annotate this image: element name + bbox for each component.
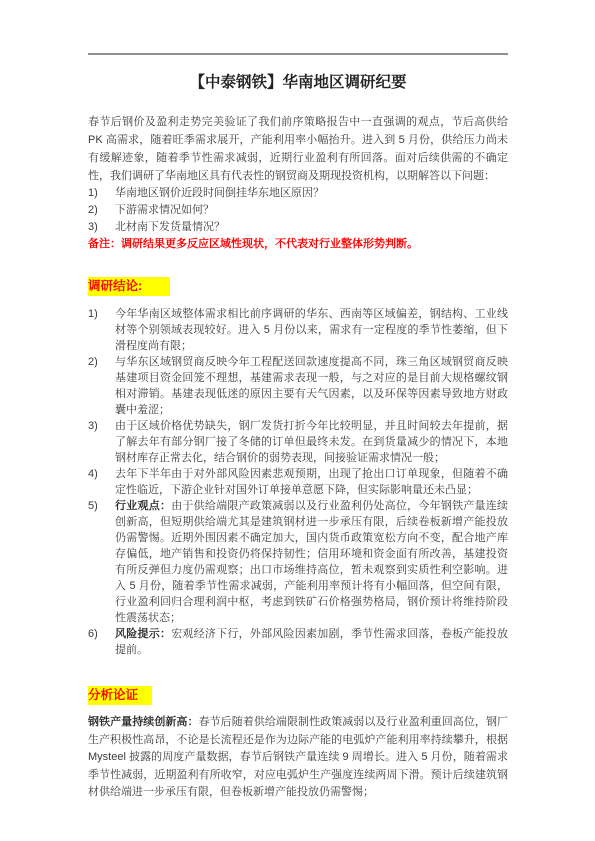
- conclusion-body: 由于区域价格优势缺失，钢厂发货打折今年比较明显，并且时间较去年提前，据了解去年有…: [115, 420, 508, 464]
- conclusion-text: 去年下半年由于对外部风险因素悲观预期，出现了抢出口订单现象，但随着不确定性临近，…: [115, 466, 508, 498]
- question-text: 北材南下发货量情况？: [115, 219, 508, 236]
- conclusion-body: 与华东区域钢贸商反映今年工程配送回款速度提高不同，珠三角区域钢贸商反映基建项目资…: [115, 356, 508, 416]
- conclusion-text: 行业观点：由于供给端限产政策减弱以及行业盈利仍处高位，今年钢铁产量连续创新高，但…: [115, 498, 508, 626]
- conclusion-item-5: 5) 行业观点：由于供给端限产政策减弱以及行业盈利仍处高位，今年钢铁产量连续创新…: [88, 498, 508, 626]
- conclusion-number: 6): [88, 626, 115, 658]
- conclusion-body: 今年华南区域整体需求相比前序调研的华东、西南等区域偏差，钢结构、工业线材等个别领…: [115, 308, 508, 352]
- conclusion-body: 去年下半年由于对外部风险因素悲观预期，出现了抢出口订单现象，但随着不确定性临近，…: [115, 468, 508, 496]
- conclusion-number: 5): [88, 498, 115, 626]
- question-number: 3): [88, 219, 115, 236]
- analysis-heading: 分析论证: [88, 686, 152, 705]
- analysis-body: 春节后随着供给端限制性政策减弱以及行业盈利重回高位，钢厂生产积极性高昂，不论是长…: [88, 716, 508, 798]
- conclusions-heading: 调研结论:: [88, 277, 170, 296]
- conclusion-lead: 风险提示：: [115, 628, 171, 640]
- document-title: 【中泰钢铁】华南地区调研纪要: [88, 71, 508, 94]
- conclusion-number: 1): [88, 306, 115, 354]
- conclusion-item-3: 3) 由于区域价格优势缺失，钢厂发货打折今年比较明显，并且时间较去年提前，据了解…: [88, 418, 508, 466]
- top-divider: [88, 53, 508, 55]
- question-item-1: 1) 华南地区钢价近段时间倒挂华东地区原因？: [88, 185, 508, 202]
- intro-paragraph: 春节后钢价及盈利走势完美验证了我们前序策略报告中一直强调的观点，节后高供给 PK…: [88, 113, 508, 185]
- conclusions-section: 调研结论:: [88, 277, 508, 297]
- conclusion-text: 今年华南区域整体需求相比前序调研的华东、西南等区域偏差，钢结构、工业线材等个别领…: [115, 306, 508, 354]
- conclusion-text: 与华东区域钢贸商反映今年工程配送回款速度提高不同，珠三角区域钢贸商反映基建项目资…: [115, 354, 508, 418]
- conclusions-list: 1) 今年华南区域整体需求相比前序调研的华东、西南等区域偏差，钢结构、工业线材等…: [88, 306, 508, 658]
- analysis-paragraph: 钢铁产量持续创新高：春节后随着供给端限制性政策减弱以及行业盈利重回高位，钢厂生产…: [88, 714, 508, 802]
- question-number: 1): [88, 185, 115, 202]
- conclusion-number: 4): [88, 466, 115, 498]
- question-list: 1) 华南地区钢价近段时间倒挂华东地区原因？ 2) 下游需求情况如何？ 3) 北…: [88, 185, 508, 236]
- document-content: 【中泰钢铁】华南地区调研纪要 春节后钢价及盈利走势完美验证了我们前序策略报告中一…: [0, 53, 595, 802]
- note-text: 备注：调研结果更多反应区域性现状，不代表对行业整体形势判断。: [88, 236, 508, 253]
- question-item-3: 3) 北材南下发货量情况？: [88, 219, 508, 236]
- conclusion-item-2: 2) 与华东区域钢贸商反映今年工程配送回款速度提高不同，珠三角区域钢贸商反映基建…: [88, 354, 508, 418]
- conclusion-text: 由于区域价格优势缺失，钢厂发货打折今年比较明显，并且时间较去年提前，据了解去年有…: [115, 418, 508, 466]
- conclusion-body: 由于供给端限产政策减弱以及行业盈利仍处高位，今年钢铁产量连续创新高，但短期供给端…: [115, 500, 508, 624]
- question-number: 2): [88, 202, 115, 219]
- analysis-section: 分析论证: [88, 686, 508, 706]
- conclusion-item-1: 1) 今年华南区域整体需求相比前序调研的华东、西南等区域偏差，钢结构、工业线材等…: [88, 306, 508, 354]
- conclusion-item-6: 6) 风险提示：宏观经济下行，外部风险因素加剧，季节性需求回落，卷板产能投放提前…: [88, 626, 508, 658]
- conclusion-number: 3): [88, 418, 115, 466]
- question-text: 华南地区钢价近段时间倒挂华东地区原因？: [115, 185, 508, 202]
- analysis-lead: 钢铁产量持续创新高：: [88, 716, 199, 728]
- conclusion-text: 风险提示：宏观经济下行，外部风险因素加剧，季节性需求回落，卷板产能投放提前。: [115, 626, 508, 658]
- conclusion-number: 2): [88, 354, 115, 418]
- question-text: 下游需求情况如何？: [115, 202, 508, 219]
- conclusion-body: 宏观经济下行，外部风险因素加剧，季节性需求回落，卷板产能投放提前。: [115, 628, 508, 656]
- conclusion-lead: 行业观点：: [115, 500, 171, 512]
- question-item-2: 2) 下游需求情况如何？: [88, 202, 508, 219]
- conclusion-item-4: 4) 去年下半年由于对外部风险因素悲观预期，出现了抢出口订单现象，但随着不确定性…: [88, 466, 508, 498]
- document-page: 【中泰钢铁】华南地区调研纪要 春节后钢价及盈利走势完美验证了我们前序策略报告中一…: [0, 0, 595, 841]
